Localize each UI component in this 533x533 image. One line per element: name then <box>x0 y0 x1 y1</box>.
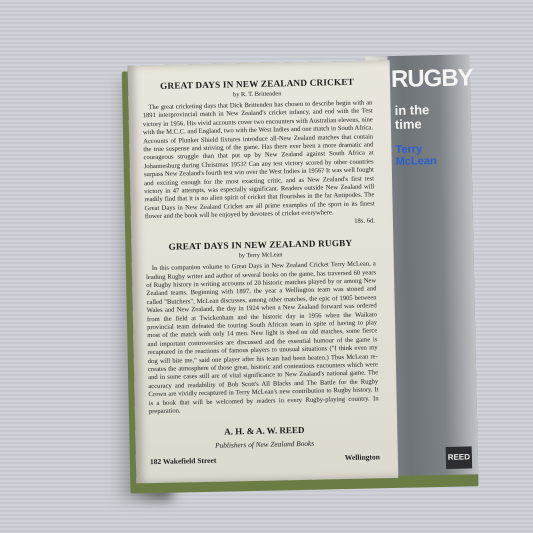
book: RUGBY in the time Terry McLean REED GREA… <box>116 54 481 491</box>
spine-subtitle-line: time <box>395 117 430 132</box>
publisher-tagline: Publishers of New Zealand Books <box>150 438 380 452</box>
spine-author-line: McLean <box>396 155 437 168</box>
publisher-logo: REED <box>446 446 472 469</box>
rugby-blurb: In this companion volume to Great Days i… <box>146 260 379 416</box>
spine-author: Terry McLean <box>395 143 436 168</box>
publisher-name: A. H. & A. W. REED <box>149 424 379 439</box>
publisher-city: Wellington <box>345 453 380 463</box>
back-cover-text: GREAT DAYS IN NEW ZEALAND CRICKET by R. … <box>142 76 380 466</box>
cricket-blurb: The great cricketing days that Dick Brit… <box>142 99 374 221</box>
spine-subtitle: in the time <box>394 103 429 132</box>
publisher-address: 182 Wakefield Street <box>150 456 217 466</box>
spine-title: RUGBY <box>391 64 473 94</box>
spine-author-line: Terry <box>395 143 436 156</box>
